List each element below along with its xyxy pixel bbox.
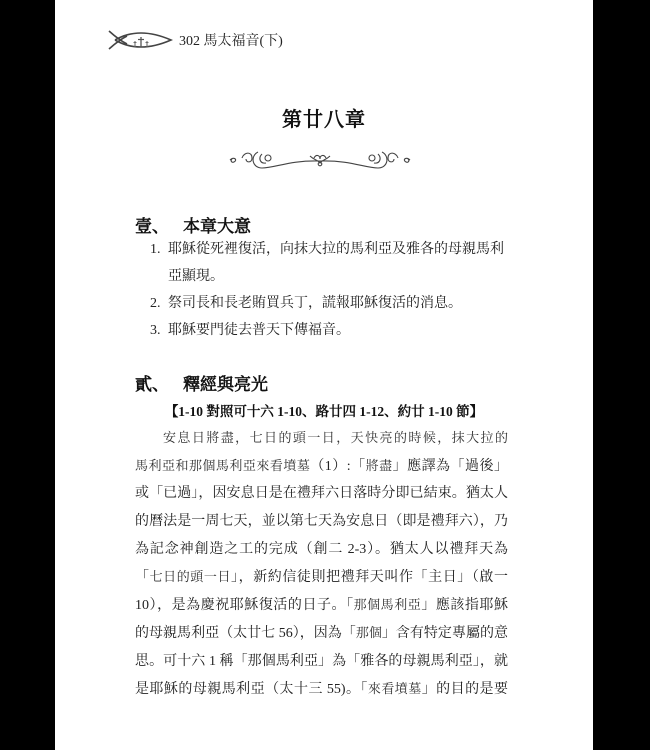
body-text-line: 的母親馬利亞（太廿七 56），因為「那個」含有特定專屬的意 xyxy=(135,622,508,642)
book-page: 302 馬太福音(下) 第廿八章 壹、本章大意 1.耶穌從死裡復活，向抹大拉的馬… xyxy=(55,0,593,750)
flourish-divider-icon xyxy=(220,146,420,174)
page-header: 302 馬太福音(下) xyxy=(105,28,283,52)
section-number: 壹、 xyxy=(135,217,169,237)
list-item: 1.耶穌從死裡復活，向抹大拉的馬利亞及雅各的母親馬利 xyxy=(150,238,504,258)
section-heading-1: 壹、本章大意 xyxy=(135,212,251,237)
list-item: 2.祭司長和長老賄買兵丁，謊報耶穌復活的消息。 xyxy=(150,292,462,312)
body-text-line: 安息日將盡，七日的頭一日，天快亮的時候，抹大拉的 xyxy=(163,427,508,447)
body-text-line: 是耶穌的母親馬利亞（太十三 55)。「來看墳墓」的目的是要 xyxy=(135,678,508,698)
body-text-line: 馬利亞和那個馬利亞來看墳墓（1）:「將盡」應譯為「過後」 xyxy=(135,455,508,475)
body-text-line: 的曆法是一周七天，並以第七天為安息日（即是禮拜六），乃 xyxy=(135,510,508,530)
section-title: 本章大意 xyxy=(183,217,251,237)
body-text-line: 為記念神創造之工的完成（創二 2-3）。猶太人以禮拜天為 xyxy=(135,538,508,558)
body-text-line: 或「已過」，因安息日是在禮拜六日落時分即已結束。猶太人 xyxy=(135,482,508,502)
section-number: 貳、 xyxy=(135,375,169,395)
list-item-continuation: 亞顯現。 xyxy=(168,265,224,285)
ichthys-fish-icon xyxy=(105,28,177,52)
body-text-line: 思。可十六 1 稱「那個馬利亞」為「雅各的母親馬利亞」，就 xyxy=(135,650,508,670)
running-head: 302 馬太福音(下) xyxy=(179,30,283,50)
list-item: 3.耶穌要門徒去普天下傳福音。 xyxy=(150,319,350,339)
body-text-line: 「七日的頭一日」，新約信徒則把禮拜天叫作「主日」（啟一 xyxy=(135,566,508,586)
body-text-line: 10），是為慶祝耶穌復活的日子。「那個馬利亞」應該指耶穌 xyxy=(135,594,508,614)
section-title: 釋經與亮光 xyxy=(183,375,268,395)
scripture-reference: 【1-10 對照可十六 1-10、路廿四 1-12、約廿 1-10 節】 xyxy=(55,400,593,420)
chapter-title: 第廿八章 xyxy=(55,103,593,132)
section-heading-2: 貳、釋經與亮光 xyxy=(135,370,268,395)
